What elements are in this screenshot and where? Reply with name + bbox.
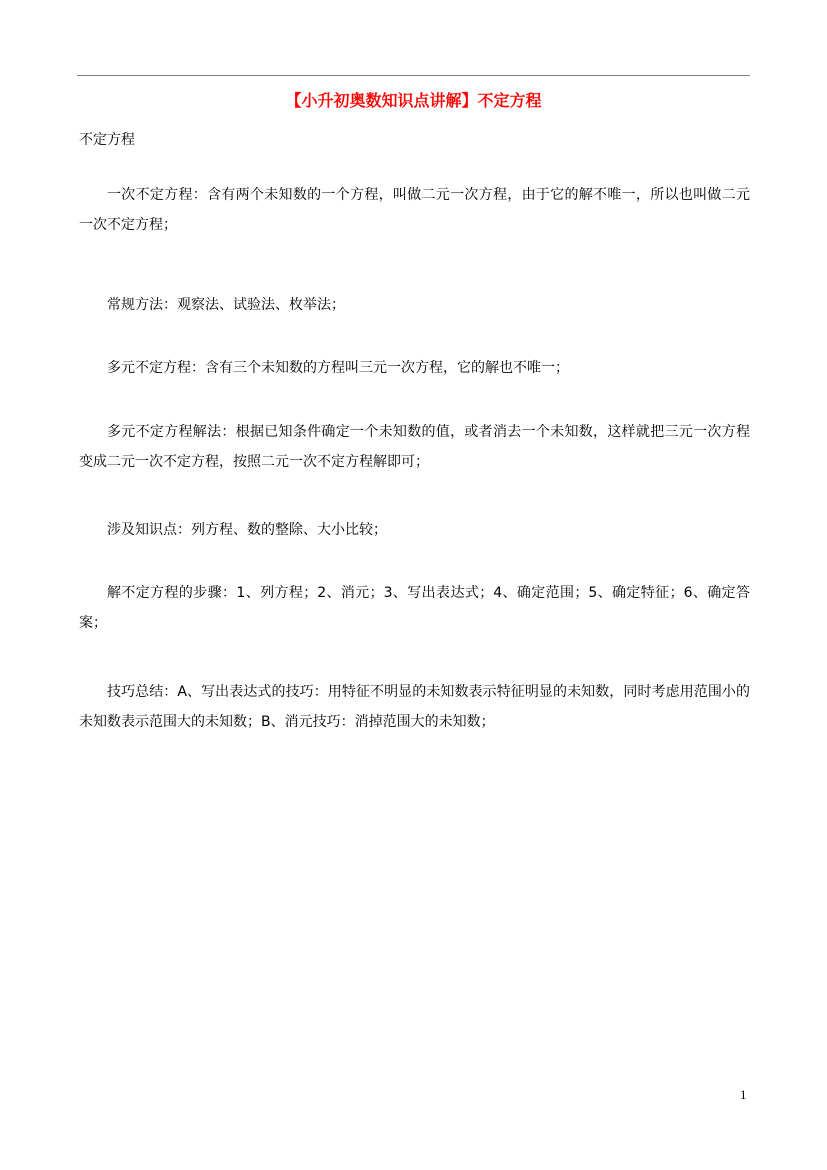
section-heading: 不定方程 — [79, 130, 135, 150]
paragraph-steps: 解不定方程的步骤：1、列方程；2、消元；3、写出表达式；4、确定范围；5、确定特… — [79, 578, 750, 638]
paragraph-methods: 常规方法：观察法、试验法、枚举法； — [79, 290, 750, 320]
document-title: 【小升初奥数知识点讲解】不定方程 — [77, 90, 750, 112]
paragraph-tips: 技巧总结：A、写出表达式的技巧：用特征不明显的未知数表示特征明显的未知数，同时考… — [79, 677, 750, 737]
paragraph-multivariate: 多元不定方程：含有三个未知数的方程叫三元一次方程，它的解也不唯一； — [79, 353, 750, 383]
header-rule — [77, 75, 750, 76]
paragraph-definition: 一次不定方程：含有两个未知数的一个方程，叫做二元一次方程，由于它的解不唯一，所以… — [79, 180, 750, 240]
paragraph-multivariate-solution: 多元不定方程解法：根据已知条件确定一个未知数的值，或者消去一个未知数，这样就把三… — [79, 417, 750, 477]
page-number: 1 — [740, 1087, 747, 1103]
paragraph-knowledge-points: 涉及知识点：列方程、数的整除、大小比较； — [79, 515, 750, 545]
